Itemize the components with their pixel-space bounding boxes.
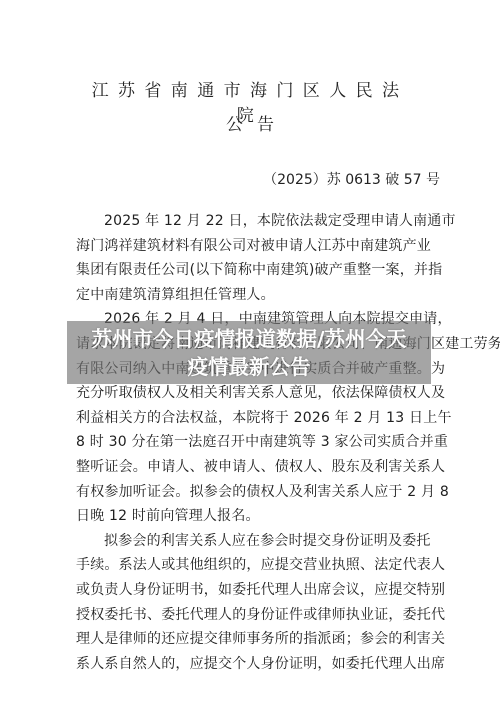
notice-title: 公告	[0, 110, 500, 135]
body-line: 8 时 30 分在第一法庭召开中南建筑等 3 家公司实质合并重	[76, 430, 436, 455]
notice-body: 2025 年 12 月 22 日，本院依法裁定受理申请人南通市海门鸿祥建筑材料有…	[76, 209, 436, 676]
body-line: 系人系自然人的，应提交个人身份证明，如委托代理人出席	[76, 652, 436, 677]
headline-line-1: 苏州市今日疫情报道数据/苏州今天	[67, 325, 431, 353]
body-line: 理人是律师的还应提交律师事务所的指派函；参会的利害关	[76, 627, 436, 652]
body-line: 利益相关方的合法权益，本院将于 2026 年 2 月 13 日上午	[76, 406, 436, 431]
body-line: 定中南建筑清算组担任管理人。	[76, 283, 436, 308]
body-line: 授权委托书、委托代理人的身份证件或律师执业证，委托代	[76, 603, 436, 628]
body-line: 手续。系法人或其他组织的，应提交营业执照、法定代表人	[76, 553, 436, 578]
headline-line-2: 疫情最新公告	[67, 353, 431, 381]
body-line: 或负责人身份证明书，如委托代理人出席会议，应提交特别	[76, 578, 436, 603]
body-line: 拟参会的利害关系人应在参会时提交身份证明及委托	[76, 529, 436, 554]
body-line: 海门鸿祥建筑材料有限公司对被申请人江苏中南建筑产业	[76, 234, 436, 259]
body-line: 2025 年 12 月 22 日，本院依法裁定受理申请人南通市	[76, 209, 436, 234]
body-line: 日晚 12 时前向管理人报名。	[76, 504, 436, 529]
body-line: 集团有限责任公司(以下简称中南建筑)破产重整一案，并指	[76, 258, 436, 283]
body-line: 整听证会。申请人、被申请人、债权人、股东及利害关系人	[76, 455, 436, 480]
headline-overlay: 苏州市今日疫情报道数据/苏州今天 疫情最新公告	[67, 321, 431, 384]
case-number: （2025）苏 0613 破 57 号	[260, 169, 440, 189]
body-line: 充分听取债权人及相关利害关系人意见，依法保障债权人及	[76, 381, 436, 406]
body-line: 有权参加听证会。拟参会的债权人及利害关系人应于 2 月 8	[76, 480, 436, 505]
